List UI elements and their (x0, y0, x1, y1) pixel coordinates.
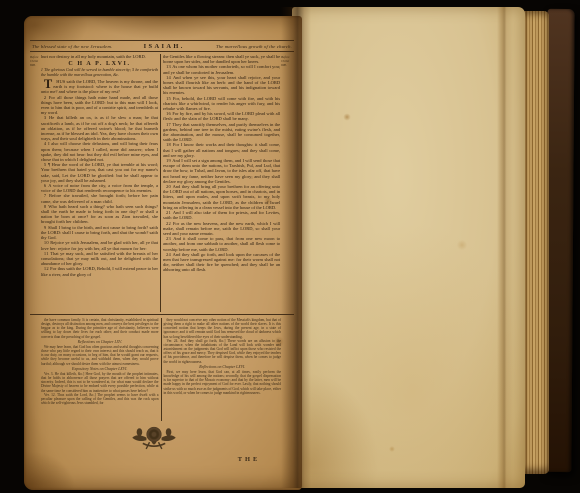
verse: 24 And they shall go forth, and look upo… (163, 252, 280, 273)
notes-paragraph: Ver. 3. He that killeth, &c.] Here God, … (41, 372, 159, 393)
notes-paragraph: First, we may here learn, that God can, … (164, 370, 282, 395)
verse: 12 For thus saith the LORD, Behold, I wi… (41, 266, 158, 276)
verse-number: 9 (44, 225, 48, 230)
notes-paragraph: Ver. 12. Thus saith the Lord, &c.] The p… (41, 393, 159, 405)
running-head: The blessed state of the new Jerusalem. … (30, 40, 294, 52)
notes-heading: Expository Notes on Chapter LXVI. (41, 367, 159, 371)
running-head-left: The blessed state of the new Jerusalem. (32, 44, 112, 49)
verse: 10 Rejoice ye with Jerusalem, and be gla… (41, 240, 158, 250)
verse: 16 For by fire, and by his sword, will t… (163, 111, 280, 121)
verse-number: 15 (166, 96, 173, 101)
notes-heading: Reflections on Chapter LXVI. (164, 365, 282, 369)
verse: 11 That ye may suck, and be satisfied wi… (41, 251, 158, 267)
verse: 14 And when ye see this, your heart shal… (163, 75, 280, 96)
verse-number: 18 (166, 142, 173, 147)
verse-number: 10 (44, 240, 50, 245)
drop-cap: T (41, 79, 53, 89)
verse: 3 He that killeth an ox, is as if he sle… (41, 115, 158, 141)
verse-number: 16 (166, 111, 172, 116)
verse: 8 Who hath heard such a thing? who hath … (41, 204, 158, 225)
margin-note-left: Before Christ 698. (30, 54, 41, 312)
scripture-text-block: Before Christ 698. hurt nor destroy in a… (30, 54, 294, 312)
notes-paragraph: We may here learn, that God has often gr… (41, 345, 159, 366)
verse: 9 Shall I bring to the birth, and not ca… (41, 225, 158, 241)
verse: 19 And I will set a sign among them, and… (163, 158, 280, 184)
verse: 17 They that sanctify themselves, and pu… (163, 122, 280, 143)
commentary-column-1: the have common family. It is certain, t… (41, 318, 159, 421)
verse: 4 I also will choose their delusions, an… (41, 141, 158, 162)
column-rule (161, 318, 162, 421)
verse: 15 For, behold, the LORD will come with … (163, 96, 280, 112)
verse: the Gentiles like a flowing stream: then… (163, 54, 280, 64)
verse-number: 13 (166, 64, 172, 69)
verse: 23 And it shall come to pass, that from … (163, 236, 280, 252)
verse-number: 20 (166, 184, 173, 189)
verse-number: 3 (44, 115, 49, 120)
right-blank-page (292, 7, 525, 488)
verse-number: 6 (44, 183, 48, 188)
chapter-argument: 1 The glorious God will be served in hum… (41, 68, 158, 78)
verse-list: THUS saith the LORD, The heaven is my th… (41, 79, 158, 277)
verse-number: 22 (166, 221, 173, 226)
scripture-column-1: hurt nor destroy in all my holy mountain… (41, 54, 158, 312)
verse-number: 14 (166, 75, 173, 80)
verse-number: 5 (44, 162, 48, 167)
verse-number: 4 (44, 141, 48, 146)
verse-number: 2 (44, 95, 49, 100)
running-head-right: The marvellous growth of the church. (216, 44, 292, 49)
verse: 21 And I will also take of them for prie… (163, 210, 280, 220)
verse: 18 For I know their works and their thou… (163, 142, 280, 158)
verse-number: 12 (44, 266, 50, 271)
verse-number: 17 (166, 122, 172, 127)
verse-list: the Gentiles like a flowing stream: then… (163, 54, 280, 273)
catchword: THE (214, 456, 284, 463)
left-printed-page: The blessed state of the new Jerusalem. … (24, 16, 302, 490)
verse-number: 23 (166, 236, 173, 241)
notes-paragraph: the have common family. It is certain, t… (41, 318, 159, 339)
scripture-column-2: the Gentiles like a flowing stream: then… (163, 54, 280, 312)
notes-heading: Reflections on Chapter LXV. (41, 340, 159, 344)
margin-note-right: Before Christ 698. (280, 54, 294, 312)
verse: 6 A voice of noise from the city, a voic… (41, 183, 158, 193)
commentary-column-2: they would not conceive any other notion… (164, 318, 282, 421)
book-title: ISAIAH. (144, 43, 185, 50)
verse: 7 Before she travailed, she brought fort… (41, 193, 158, 203)
verse: 22 For as the new heavens, and the new e… (163, 221, 280, 237)
commentary-block: the have common family. It is certain, t… (30, 318, 294, 421)
fore-edge-page-stack (521, 11, 549, 474)
printers-ornament-icon (126, 422, 182, 458)
verse: 20 And they shall bring all your brethre… (163, 184, 280, 210)
verse-number: 8 (44, 204, 48, 209)
page-crease (497, 7, 513, 488)
verse-number: 7 (44, 193, 49, 198)
notes-divider-rule (30, 314, 294, 315)
verse-number: 11 (44, 251, 50, 256)
verse: THUS saith the LORD, The heaven is my th… (41, 79, 158, 95)
column-rule (160, 54, 161, 312)
notes-paragraph: they would not conceive any other notion… (164, 318, 282, 339)
photo-background: The blessed state of the new Jerusalem. … (0, 0, 580, 493)
carryover-line: hurt nor destroy in all my holy mountain… (41, 54, 158, 59)
verse-number: 24 (166, 252, 173, 257)
verse: 5 ¶ Hear the word of the LORD, ye that t… (41, 162, 158, 183)
notes-paragraph: Ver. 24. And they shall go forth, &c.] T… (164, 339, 282, 364)
verse-number: 21 (166, 210, 173, 215)
verse: 2 For all those things hath mine hand ma… (41, 95, 158, 116)
verse: 13 As one whom his mother comforteth, so… (163, 64, 280, 74)
verse-number: 19 (166, 158, 172, 163)
